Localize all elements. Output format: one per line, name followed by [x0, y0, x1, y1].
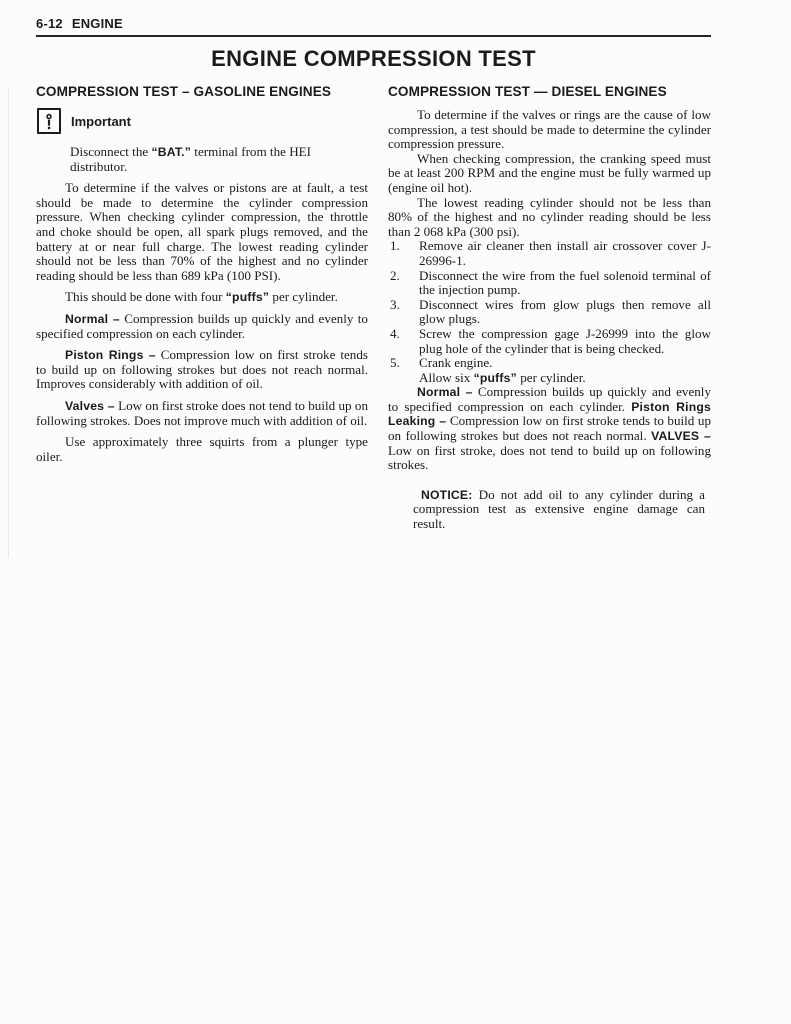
scan-artifact-line: [8, 88, 9, 558]
diesel-heading: COMPRESSION TEST — DIESEL ENGINES: [388, 84, 711, 99]
step-number: 5.: [388, 356, 419, 371]
diesel-section: COMPRESSION TEST — DIESEL ENGINES To det…: [388, 84, 711, 532]
manual-page: 6-12 ENGINE ENGINE COMPRESSION TEST COMP…: [0, 0, 791, 1024]
step-number: 1.: [388, 239, 419, 268]
exclamation-glyph: [42, 113, 56, 130]
step-text: Disconnect wires from glow plugs then re…: [419, 298, 711, 327]
exclamation-box-icon: [37, 108, 61, 134]
paragraph-diesel-intro: To determine if the valves or rings are …: [388, 108, 711, 152]
page-content: 6-12 ENGINE ENGINE COMPRESSION TEST COMP…: [36, 16, 711, 532]
gasoline-heading: COMPRESSION TEST – GASOLINE ENGINES: [36, 84, 368, 99]
gasoline-section: COMPRESSION TEST – GASOLINE ENGINES Impo…: [36, 84, 368, 532]
running-header: 6-12 ENGINE: [36, 16, 711, 31]
step-allow-puffs: Allow six “puffs” per cylinder.: [419, 371, 711, 386]
paragraph-lowest-reading: The lowest reading cylinder should not b…: [388, 196, 711, 240]
notice-block: NOTICE: Do not add oil to any cylinder d…: [413, 488, 705, 532]
diesel-step-list: 1. Remove air cleaner then install air c…: [388, 239, 711, 385]
step-item: 3. Disconnect wires from glow plugs then…: [388, 298, 711, 327]
paragraph-determine-fault: To determine if the valves or pistons ar…: [36, 181, 368, 283]
paragraph-normal: Normal – Compression builds up quickly a…: [36, 312, 368, 341]
header-rule: [36, 35, 711, 37]
paragraph-cranking-speed: When checking compression, the cranking …: [388, 152, 711, 196]
step-text: Disconnect the wire from the fuel soleno…: [419, 269, 711, 298]
page-number: 6-12: [36, 16, 63, 31]
step-text: Crank engine.: [419, 356, 711, 371]
page-title: ENGINE COMPRESSION TEST: [36, 46, 711, 72]
step-number: 2.: [388, 269, 419, 298]
paragraph-diesel-results: Normal – Compression builds up quickly a…: [388, 385, 711, 473]
paragraph-valves: Valves – Low on first stroke does not te…: [36, 399, 368, 428]
step-item: 2. Disconnect the wire from the fuel sol…: [388, 269, 711, 298]
step-text: Screw the compression gage J-26999 into …: [419, 327, 711, 356]
paragraph-disconnect-bat: Disconnect the “BAT.” terminal from the …: [70, 145, 368, 174]
section-label: ENGINE: [72, 16, 123, 31]
step-item: 1. Remove air cleaner then install air c…: [388, 239, 711, 268]
step-number: 4.: [388, 327, 419, 356]
paragraph-plunger-oiler: Use approximately three squirts from a p…: [36, 435, 368, 464]
important-label: Important: [71, 114, 131, 129]
step-item: 5. Crank engine.: [388, 356, 711, 371]
two-column-layout: COMPRESSION TEST – GASOLINE ENGINES Impo…: [36, 84, 711, 532]
step-text: Remove air cleaner then install air cros…: [419, 239, 711, 268]
paragraph-piston-rings: Piston Rings – Compression low on first …: [36, 348, 368, 392]
step-number: 3.: [388, 298, 419, 327]
step-item: 4. Screw the compression gage J-26999 in…: [388, 327, 711, 356]
important-badge: Important: [37, 108, 368, 134]
paragraph-four-puffs: This should be done with four “puffs” pe…: [36, 290, 368, 305]
